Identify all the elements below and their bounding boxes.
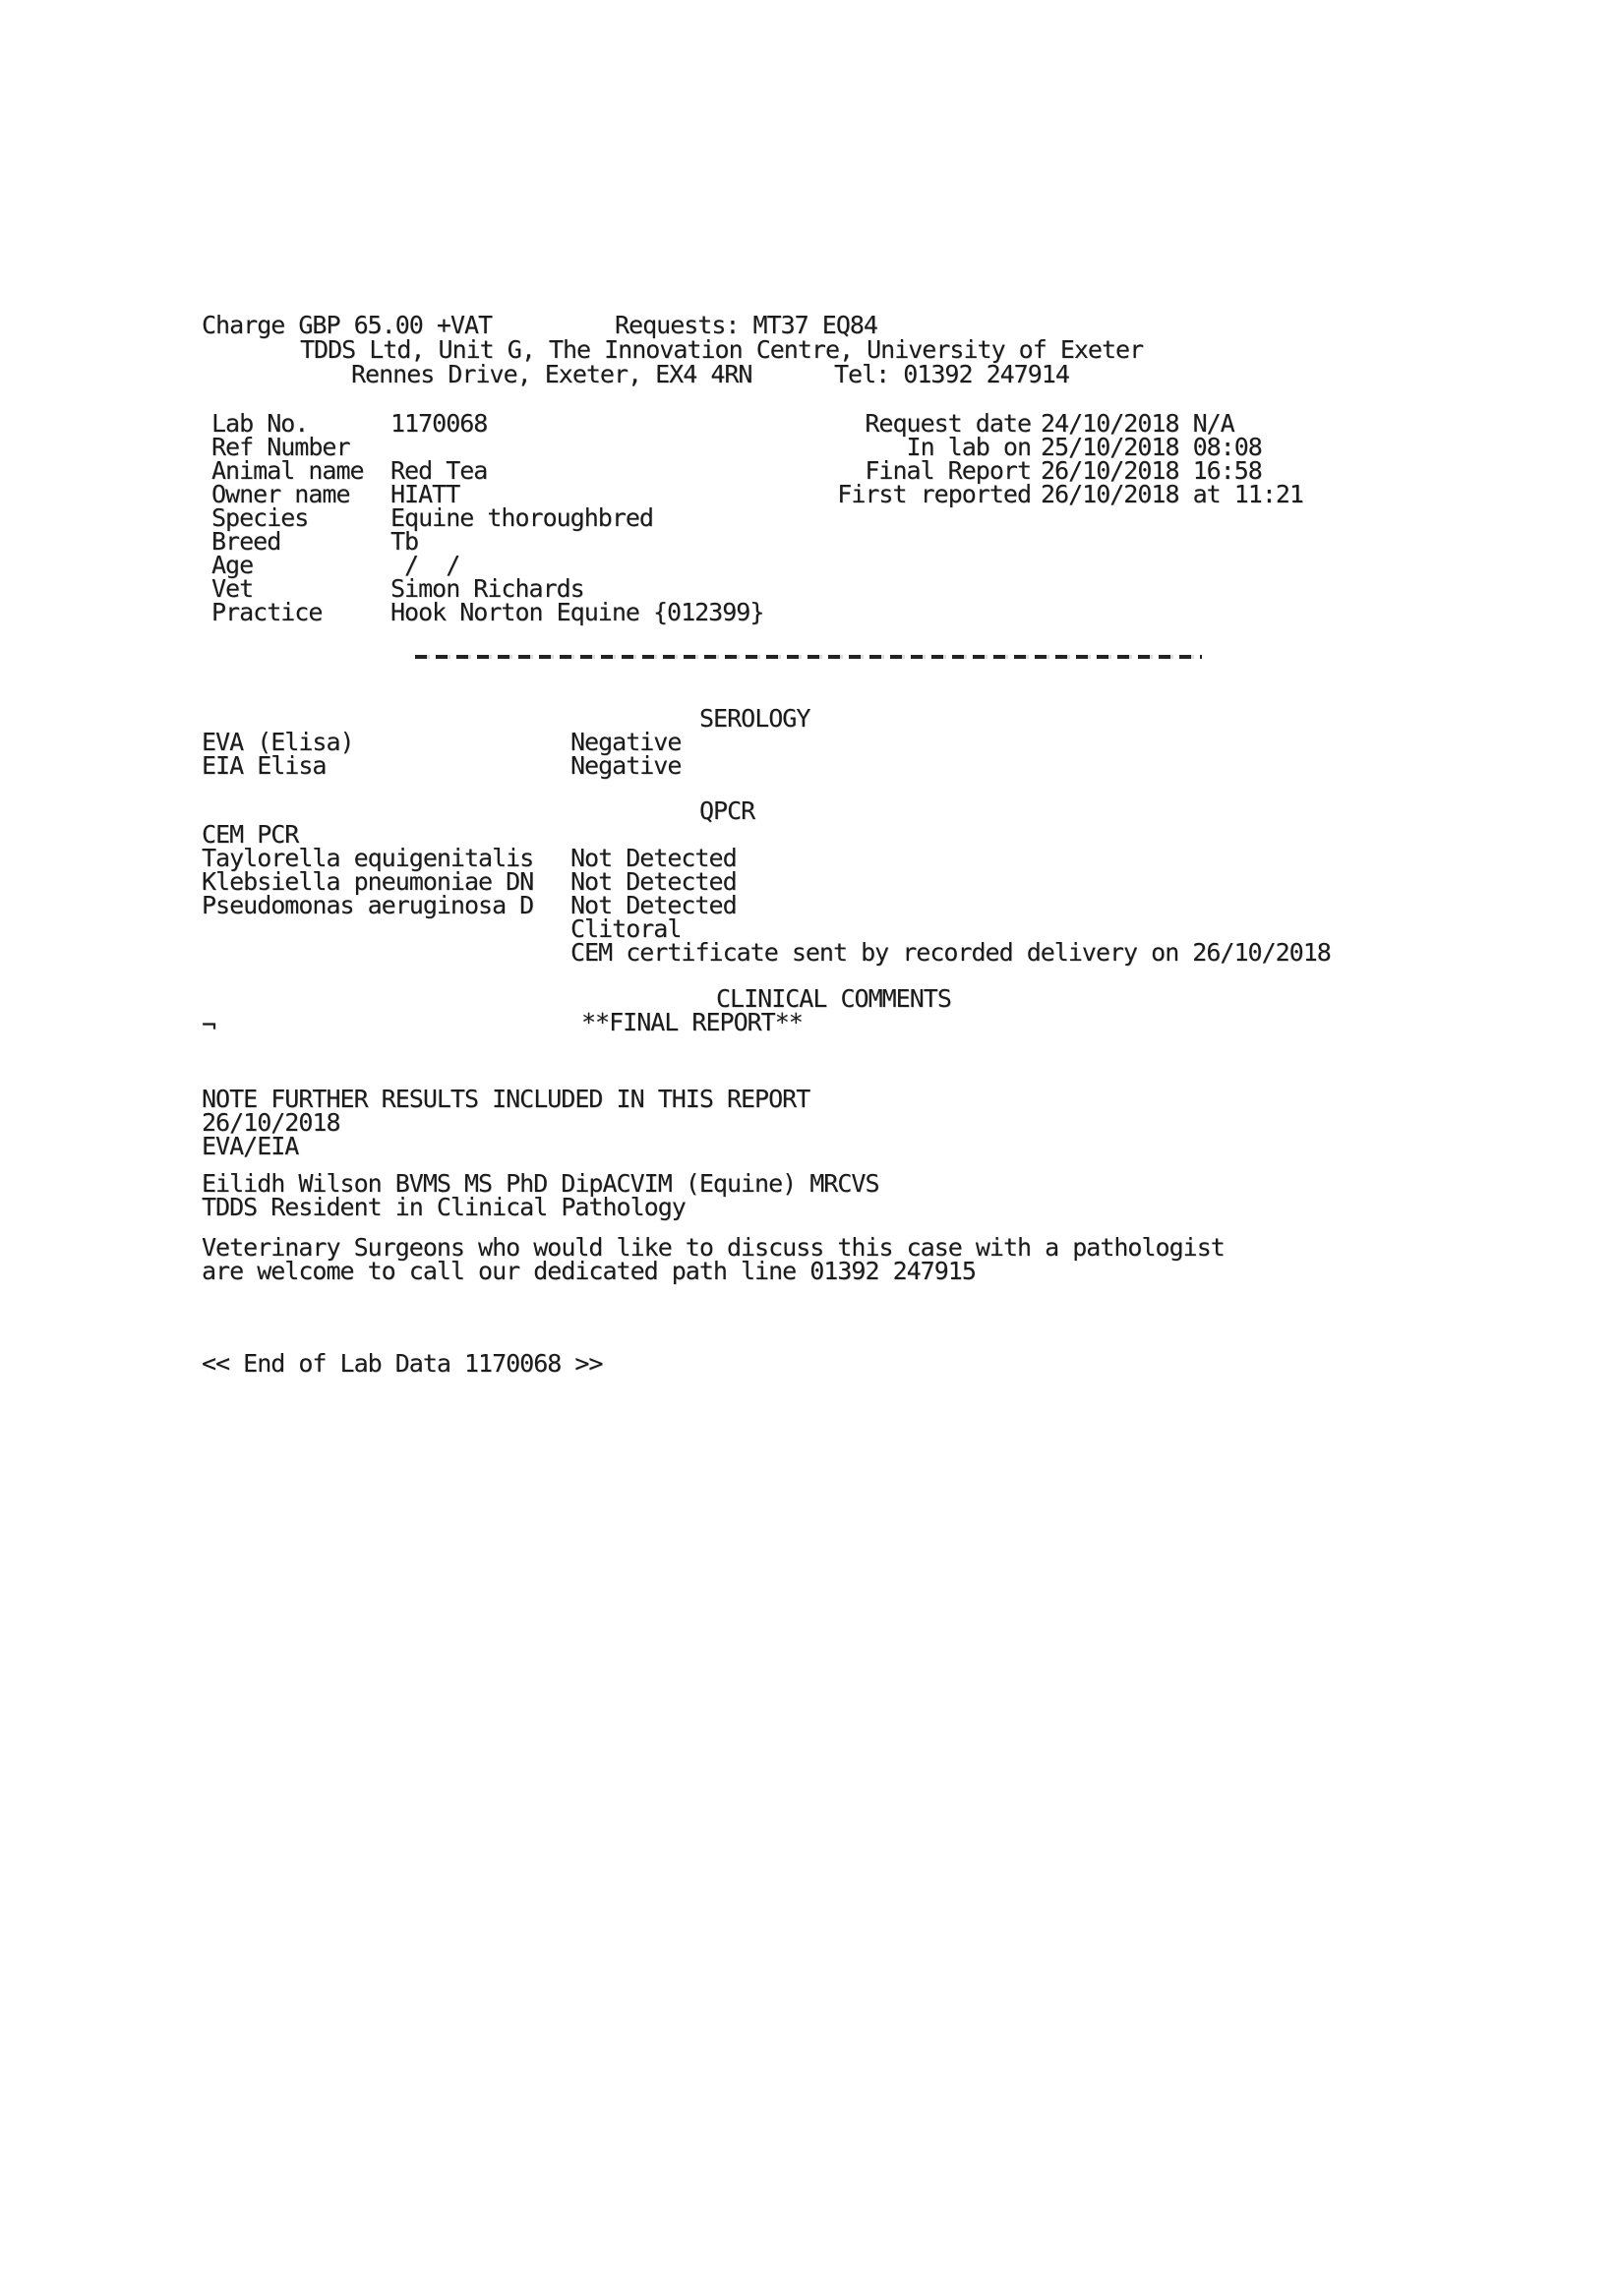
patient-row-value: 1170068: [390, 411, 487, 436]
charge-line: Charge GBP 65.00 +VAT: [202, 313, 492, 337]
patient-row-value: Hook Norton Equine {012399}: [390, 600, 763, 624]
serology-test-name: EIA Elisa: [202, 753, 326, 778]
qpcr-test-name: Pseudomonas aeruginosa D: [202, 893, 533, 917]
contact-note-line2: are welcome to call our dedicated path l…: [202, 1259, 976, 1283]
final-report-marker: **FINAL REPORT**: [581, 1010, 803, 1034]
patient-row-label: Practice: [211, 600, 322, 624]
end-of-lab-data-marker: << End of Lab Data 1170068 >>: [202, 1351, 603, 1376]
pathologist-title: TDDS Resident in Clinical Pathology: [202, 1195, 686, 1219]
requests-line: Requests: MT37 EQ84: [615, 313, 877, 337]
qpcr-heading: QPCR: [699, 798, 754, 823]
lab-report-page: Charge GBP 65.00 +VAT Requests: MT37 EQ8…: [0, 0, 1615, 2296]
serology-test-result: Negative: [570, 753, 681, 778]
date-row-value: 26/10/2018 at 11:21: [1041, 482, 1303, 506]
stray-mark: ¬: [202, 1013, 215, 1037]
serology-heading: SEROLOGY: [699, 706, 809, 731]
further-results-tests: EVA/EIA: [202, 1134, 298, 1158]
lab-phone: Tel: 01392 247914: [834, 362, 1069, 386]
patient-row-value: Equine thoroughbred: [390, 505, 653, 530]
lab-address-line1: TDDS Ltd, Unit G, The Innovation Centre,…: [300, 337, 1143, 362]
date-row-label: First reported: [688, 482, 1031, 506]
lab-address-line2: Rennes Drive, Exeter, EX4 4RN: [351, 362, 752, 386]
qpcr-certificate-note: CEM certificate sent by recorded deliver…: [570, 940, 1331, 965]
section-divider: [415, 655, 1202, 659]
